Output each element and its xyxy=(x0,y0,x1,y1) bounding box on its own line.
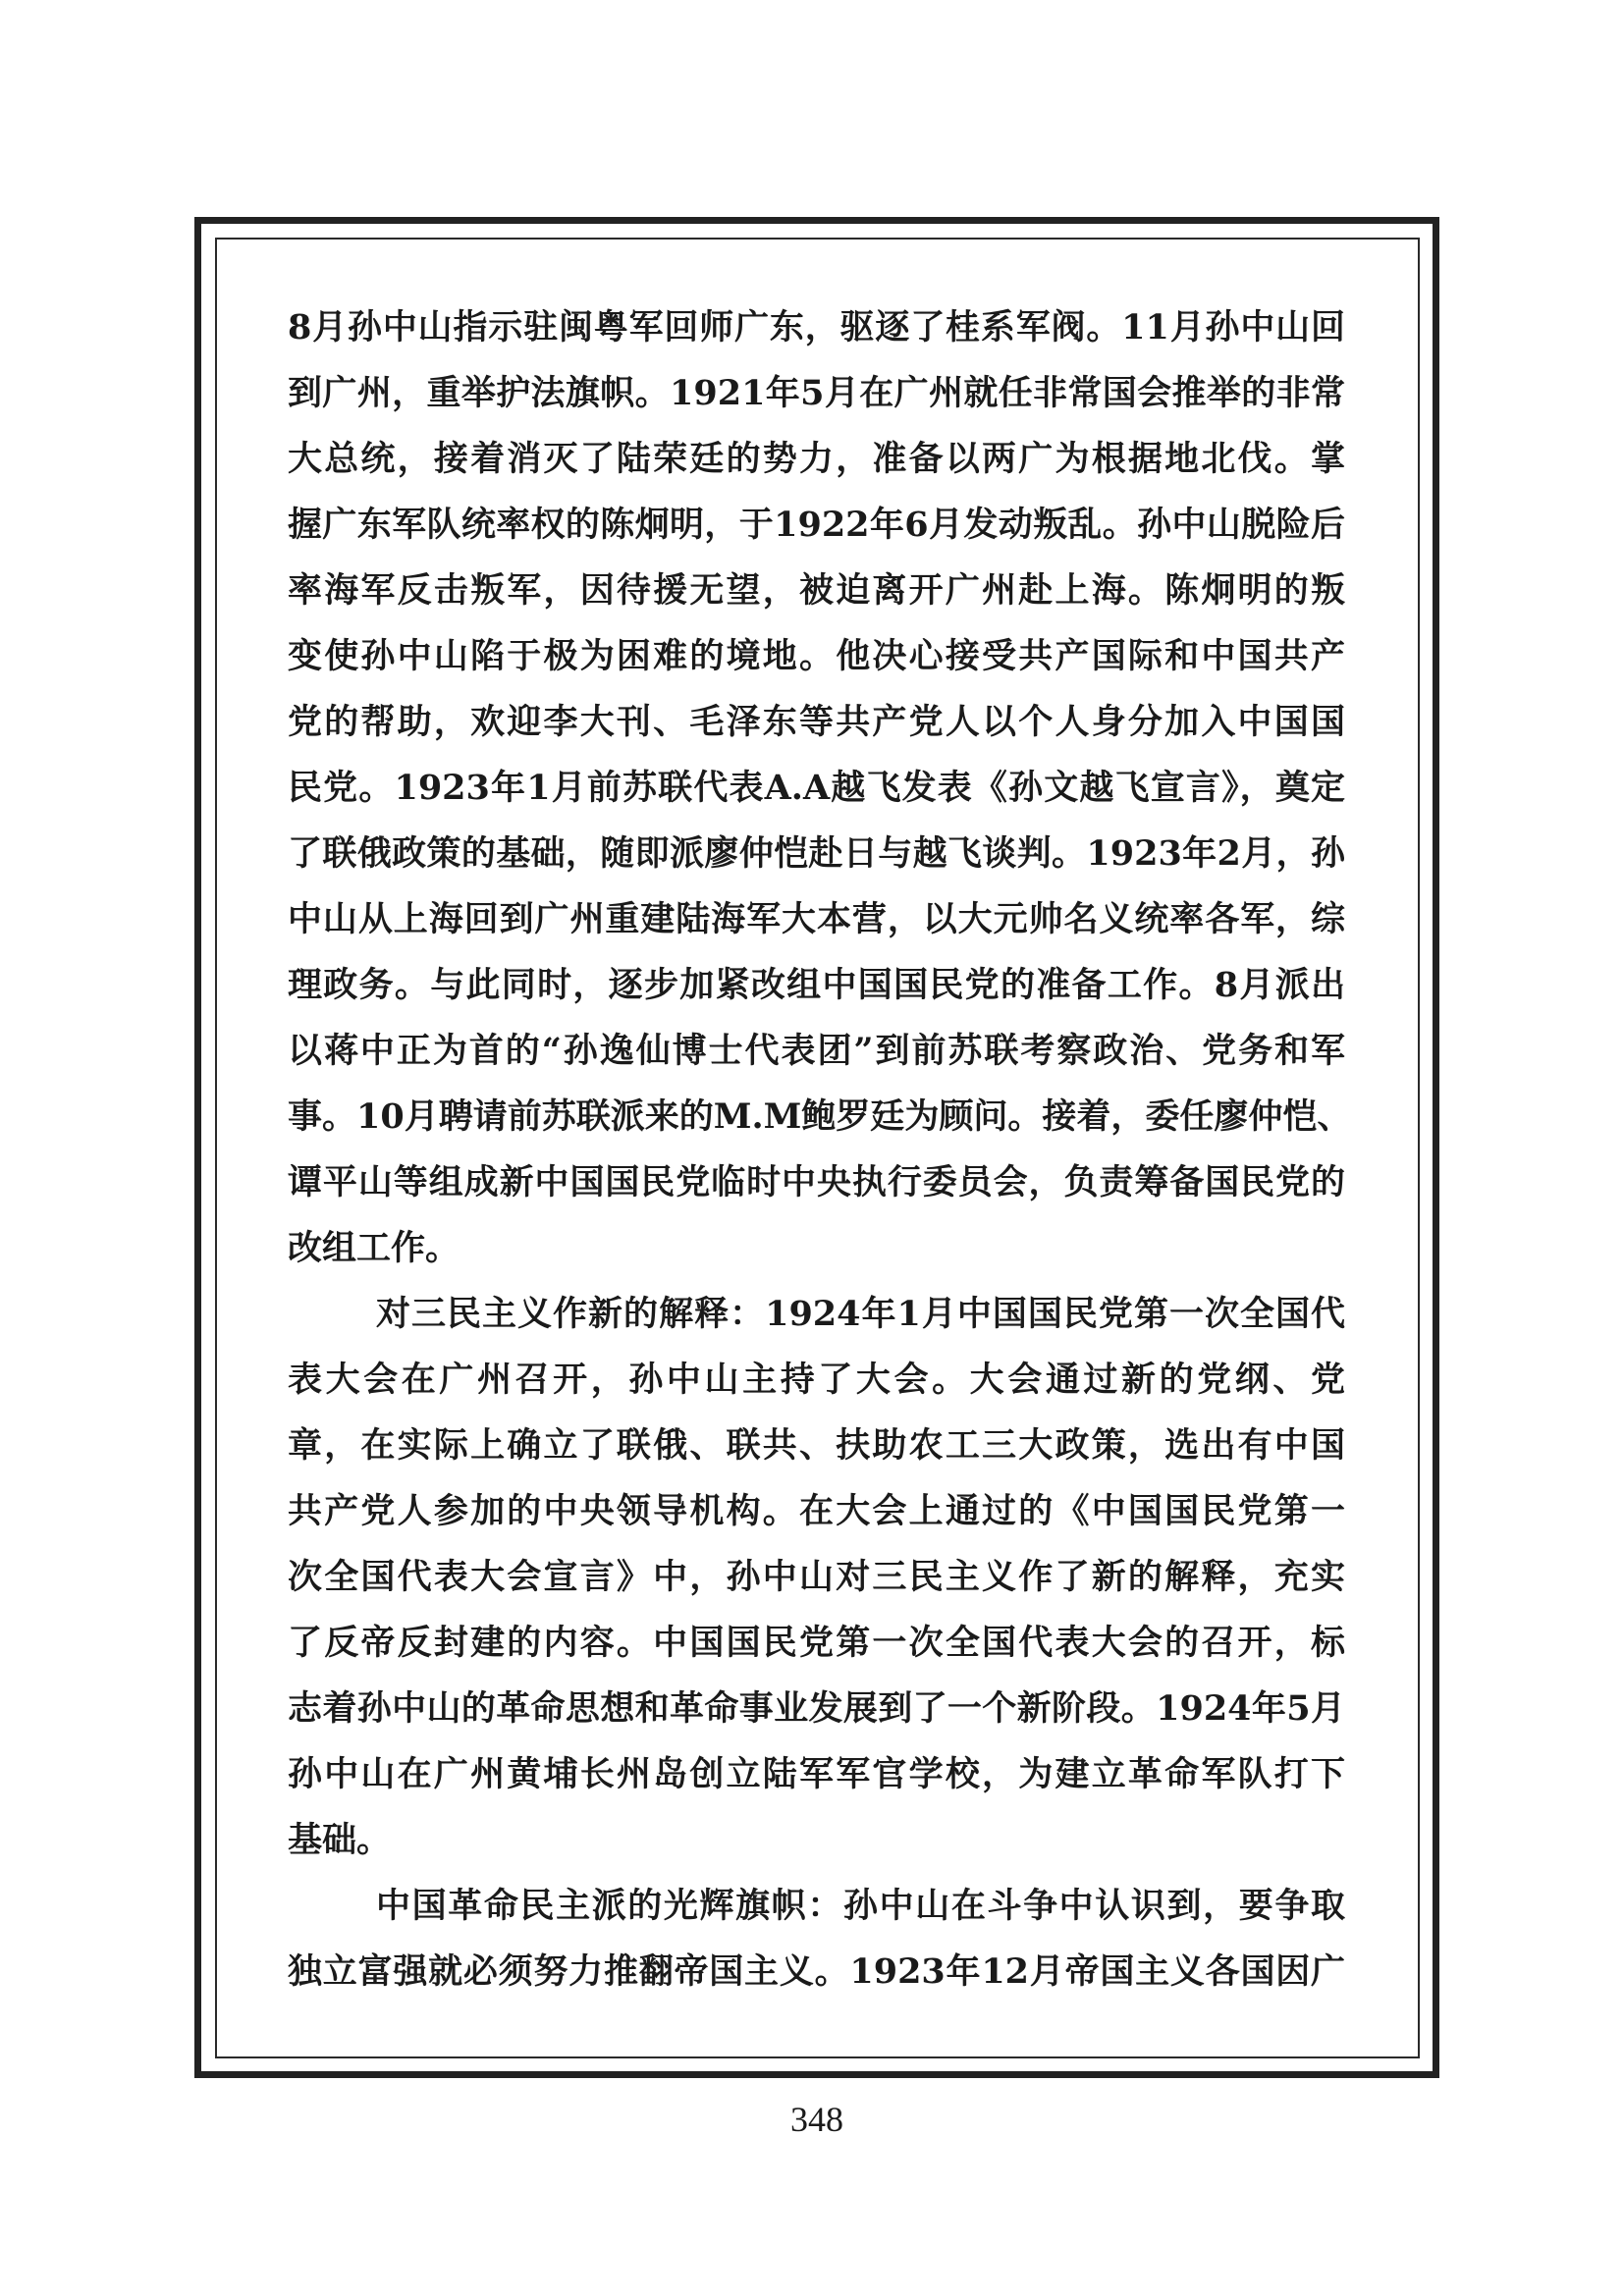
text-line-indented: 中国革命民主派的光辉旗帜：孙中山在斗争中认识到，要争取 xyxy=(288,1882,1345,1948)
text-line: 独立富强就必须努力推翻帝国主义。1923年12月帝国主义各国因广 xyxy=(288,1948,1345,2013)
text-line: 握广东军队统率权的陈炯明，于1922年6月发动叛乱。孙中山脱险后 xyxy=(288,501,1345,566)
paragraph-1: 8月孙中山指示驻闽粤军回师广东，驱逐了桂系军阀。11月孙中山回 到广州，重举护法… xyxy=(288,303,1345,1290)
text-line: 孙中山在广州黄埔长州岛创立陆军军官学校，为建立革命军队打下 xyxy=(288,1750,1345,1816)
text-line: 表大会在广州召开，孙中山主持了大会。大会通过新的党纲、党 xyxy=(288,1356,1345,1421)
page-number: 348 xyxy=(0,2098,1623,2141)
text-line: 率海军反击叛军，因待援无望，被迫离开广州赴上海。陈炯明的叛 xyxy=(288,566,1345,632)
text-line-indented: 对三民主义作新的解释：1924年1月中国国民党第一次全国代 xyxy=(288,1290,1345,1356)
text-line: 改组工作。 xyxy=(288,1224,1345,1290)
text-line: 党的帮助，欢迎李大刊、毛泽东等共产党人以个人身分加入中国国 xyxy=(288,698,1345,764)
text-line: 大总统，接着消灭了陆荣廷的势力，准备以两广为根据地北伐。掌 xyxy=(288,435,1345,501)
text-line: 谭平山等组成新中国国民党临时中央执行委员会，负责筹备国民党的 xyxy=(288,1158,1345,1224)
text-line: 次全国代表大会宣言》中，孙中山对三民主义作了新的解释，充实 xyxy=(288,1553,1345,1619)
text-line: 变使孙中山陷于极为困难的境地。他决心接受共产国际和中国共产 xyxy=(288,632,1345,698)
text-line: 共产党人参加的中央领导机构。在大会上通过的《中国国民党第一 xyxy=(288,1487,1345,1553)
text-line: 以蒋中正为首的“孙逸仙博士代表团”到前苏联考察政治、党务和军 xyxy=(288,1027,1345,1093)
text-line: 到广州，重举护法旗帜。1921年5月在广州就任非常国会推举的非常 xyxy=(288,369,1345,435)
text-line: 志着孙中山的革命思想和革命事业发展到了一个新阶段。1924年5月 xyxy=(288,1684,1345,1750)
text-line: 了联俄政策的基础，随即派廖仲恺赴日与越飞谈判。1923年2月，孙 xyxy=(288,829,1345,895)
paragraph-2: 对三民主义作新的解释：1924年1月中国国民党第一次全国代 表大会在广州召开，孙… xyxy=(288,1290,1345,1882)
text-line: 民党。1923年1月前苏联代表A.A越飞发表《孙文越飞宣言》，奠定 xyxy=(288,764,1345,829)
text-line: 了反帝反封建的内容。中国国民党第一次全国代表大会的召开，标 xyxy=(288,1619,1345,1684)
text-line: 8月孙中山指示驻闽粤军回师广东，驱逐了桂系军阀。11月孙中山回 xyxy=(288,303,1345,369)
text-line: 基础。 xyxy=(288,1816,1345,1882)
text-line: 中山从上海回到广州重建陆海军大本营，以大元帅名义统率各军，综 xyxy=(288,895,1345,961)
paragraph-3: 中国革命民主派的光辉旗帜：孙中山在斗争中认识到，要争取 独立富强就必须努力推翻帝… xyxy=(288,1882,1345,2013)
text-line: 事。10月聘请前苏联派来的M.M鲍罗廷为顾问。接着，委任廖仲恺、 xyxy=(288,1093,1345,1158)
text-line: 理政务。与此同时，逐步加紧改组中国国民党的准备工作。8月派出 xyxy=(288,961,1345,1027)
text-line: 章，在实际上确立了联俄、联共、扶助农工三大政策，选出有中国 xyxy=(288,1421,1345,1487)
body-text: 8月孙中山指示驻闽粤军回师广东，驱逐了桂系军阀。11月孙中山回 到广州，重举护法… xyxy=(288,303,1345,2013)
